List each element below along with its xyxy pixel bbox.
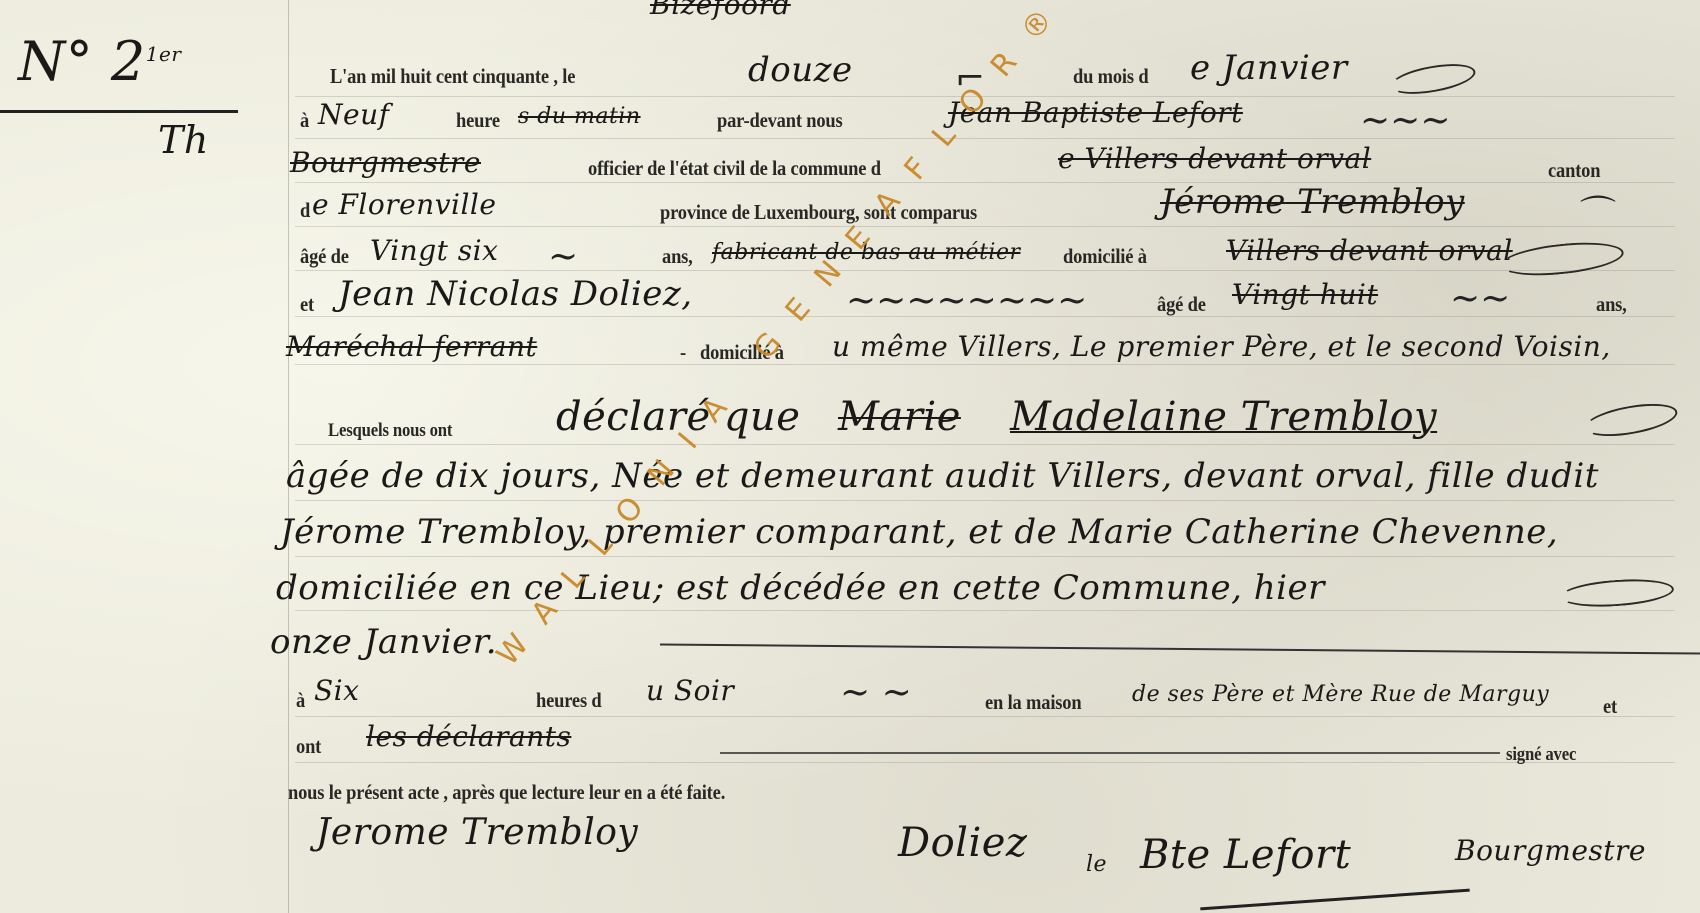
flourish: ⌒ bbox=[1580, 186, 1616, 237]
printed-text: domicilié à bbox=[1063, 244, 1147, 269]
ruled-line bbox=[295, 444, 1675, 445]
field-commune: e Villers devant orval bbox=[1058, 142, 1371, 175]
printed-text: heures d bbox=[536, 688, 602, 713]
printed-text: nous le présent acte , après que lecture… bbox=[288, 780, 725, 805]
field-deceased-age-birth: âgée de dix jours, Née et demeurant audi… bbox=[286, 456, 1599, 496]
signature-paraph bbox=[1200, 889, 1470, 911]
printed-text: Lesquels nous ont bbox=[328, 420, 452, 442]
printed-text: signé avec bbox=[1506, 744, 1576, 766]
printed-text: par-devant nous bbox=[717, 108, 843, 133]
field-death-date: onze Janvier. bbox=[270, 622, 497, 662]
printed-text: du mois d bbox=[1073, 64, 1148, 89]
printed-text: ans, bbox=[1596, 292, 1627, 317]
ruled-line bbox=[295, 610, 1675, 611]
register-number-label: N° 2 bbox=[18, 30, 146, 93]
flourish bbox=[1559, 576, 1675, 610]
field-deceased-parents: Jérome Trembloy, premier comparant, et d… bbox=[280, 512, 1558, 552]
field-canton: e Florenville bbox=[312, 188, 496, 221]
printed-text: à bbox=[300, 108, 309, 133]
ruled-line bbox=[295, 364, 1675, 365]
ruled-line bbox=[295, 138, 1675, 139]
margin-initials: Th bbox=[158, 118, 209, 162]
field-declarant1-age: Vingt six bbox=[370, 234, 498, 267]
field-declarant1-name: Jérome Trembloy bbox=[1160, 182, 1465, 222]
flourish: ~~ bbox=[1450, 278, 1510, 319]
closing-line bbox=[660, 643, 1700, 654]
signature-officer: Bte Lefort bbox=[1140, 832, 1351, 878]
ruled-line bbox=[295, 762, 1675, 763]
flourish: ~~~~~~~~ bbox=[846, 280, 1087, 321]
flourish: ~ bbox=[548, 236, 578, 277]
printed-text: à bbox=[296, 688, 305, 713]
ruled-line bbox=[295, 270, 1675, 271]
printed-text: canton bbox=[1548, 158, 1600, 183]
signature-officer-prefix: le bbox=[1086, 852, 1107, 877]
field-hour: Neuf bbox=[318, 98, 389, 131]
signers-line bbox=[720, 752, 1500, 754]
printed-text: âgé de bbox=[300, 244, 349, 269]
field-declarant2-occupation: Maréchal ferrant bbox=[286, 330, 537, 363]
signature-officer-title: Bourgmestre bbox=[1455, 834, 1646, 867]
flourish bbox=[1388, 59, 1477, 100]
printed-text: officier de l'état civil de la commune d bbox=[588, 156, 881, 181]
register-number-suffix: 1er bbox=[146, 42, 182, 66]
field-signers: les déclarants bbox=[366, 720, 571, 753]
field-hour-period: s du matin bbox=[518, 104, 641, 129]
field-declarant2-residence: u même Villers, Le premier Père, et le s… bbox=[832, 330, 1611, 363]
printed-text: âgé de bbox=[1157, 292, 1206, 317]
printed-text: heure bbox=[456, 108, 500, 133]
flourish: ~ ~ bbox=[840, 672, 912, 713]
field-declarant1-residence: Villers devant orval bbox=[1226, 234, 1513, 267]
printed-text: et bbox=[300, 292, 314, 317]
printed-text: ont bbox=[296, 734, 321, 759]
field-death-period: u Soir bbox=[646, 674, 734, 707]
field-officer-title: Bourgmestre bbox=[290, 146, 481, 179]
field-deceased-prefix: Marie bbox=[838, 394, 961, 440]
ruled-line bbox=[295, 226, 1675, 227]
field-death-hour: Six bbox=[314, 674, 359, 707]
register-number-rule bbox=[0, 110, 238, 113]
printed-text: province de Luxembourg, sont comparus bbox=[660, 200, 977, 225]
field-death-place: domiciliée en ce Lieu; est décédée en ce… bbox=[276, 568, 1325, 608]
field-deceased-name: Madelaine Trembloy bbox=[1010, 394, 1437, 440]
signature-witness: Doliez bbox=[898, 820, 1027, 866]
flourish bbox=[1499, 238, 1625, 281]
field-declarant2-age: Vingt huit bbox=[1232, 278, 1378, 311]
printed-text: L'an mil huit cent cinquante , le bbox=[330, 64, 575, 89]
printed-text: en la maison bbox=[985, 690, 1081, 715]
field-death-house: de ses Père et Mère Rue de Marguy bbox=[1132, 682, 1549, 707]
register-number: N° 21er bbox=[18, 30, 181, 93]
printed-text: d bbox=[300, 198, 310, 223]
ruled-line bbox=[295, 716, 1675, 717]
previous-record-signature: Bizefoord bbox=[650, 0, 791, 21]
field-month: e Janvier bbox=[1190, 48, 1348, 88]
printed-text: et bbox=[1603, 694, 1617, 719]
printed-text: ans, bbox=[662, 244, 693, 269]
field-day: douze bbox=[748, 50, 853, 90]
ruled-line bbox=[295, 182, 1675, 183]
ruled-line bbox=[295, 500, 1675, 501]
ruled-line bbox=[295, 556, 1675, 557]
signature-father: Jerome Trembloy bbox=[316, 812, 638, 853]
flourish: ~~~ bbox=[1360, 100, 1451, 141]
flourish bbox=[1582, 398, 1679, 442]
printed-text: - bbox=[680, 340, 686, 365]
field-declarant2-name: Jean Nicolas Doliez, bbox=[338, 274, 693, 314]
